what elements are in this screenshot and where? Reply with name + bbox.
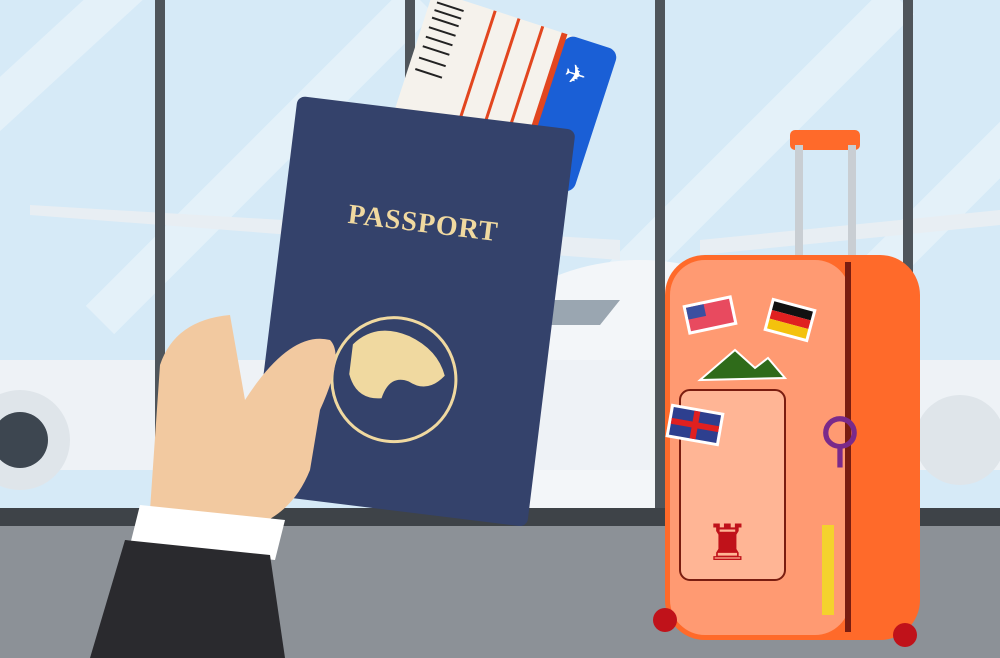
statue-of-liberty-sticker: ♜	[705, 515, 750, 571]
travel-scene: ✈ BOA PASSPORT	[0, 0, 1000, 658]
eiffel-tower-sticker: ⚲	[818, 407, 862, 473]
tv-tower-sticker	[822, 525, 834, 615]
